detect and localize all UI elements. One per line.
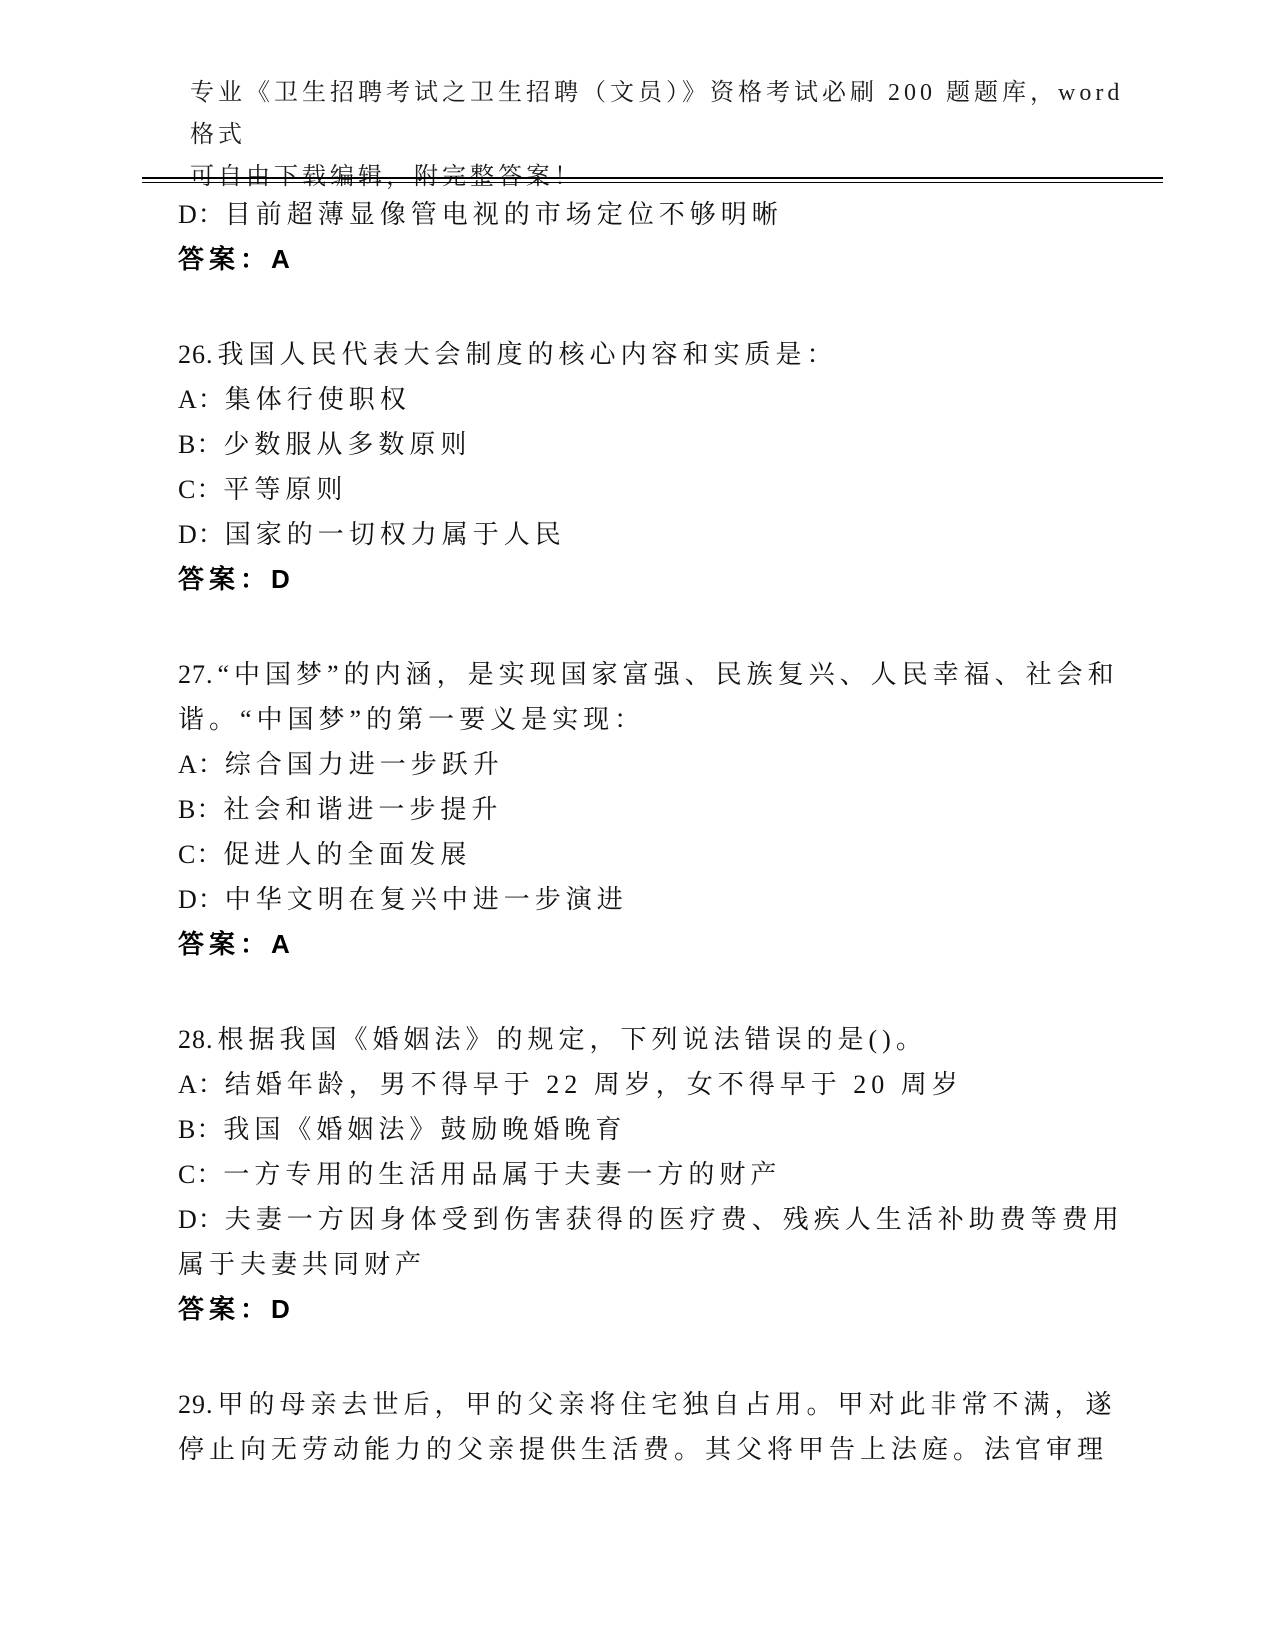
answer-label: 答案：: [178, 1294, 271, 1324]
question-block-carryover: D：目前超薄显像管电视的市场定位不够明晰 答案：A: [178, 192, 1145, 282]
question-block-26: 26.我国人民代表大会制度的核心内容和实质是： A：集体行使职权 B：少数服从多…: [178, 332, 1145, 602]
question-text: 我国人民代表大会制度的核心内容和实质是：: [218, 340, 838, 369]
option-text: 结婚年龄，男不得早于 22 周岁，女不得早于 20 周岁: [225, 1070, 963, 1099]
answer-line: 答案：D: [178, 1287, 1145, 1332]
option-text: 社会和谐进一步提升: [223, 795, 502, 824]
option-text: 我国《婚姻法》鼓励晚婚晚育: [223, 1115, 626, 1144]
question-block-27: 27.“中国梦”的内涵，是实现国家富强、民族复兴、人民幸福、社会和谐。“中国梦”…: [178, 652, 1145, 967]
question-text-line: 29.甲的母亲去世后，甲的父亲将住宅独自占用。甲对此非常不满，遂停止向无劳动能力…: [178, 1382, 1145, 1472]
option-text: 平等原则: [223, 475, 347, 504]
header-title-line-1: 专业《卫生招聘考试之卫生招聘（文员）》资格考试必刷 200 题题库，word 格…: [190, 72, 1155, 156]
option-label: B：: [178, 795, 223, 824]
option-label: A：: [178, 1070, 225, 1099]
option-text: 少数服从多数原则: [223, 430, 471, 459]
option-label: C：: [178, 840, 223, 869]
option-label: D：: [178, 1205, 225, 1234]
question-block-29: 29.甲的母亲去世后，甲的父亲将住宅独自占用。甲对此非常不满，遂停止向无劳动能力…: [178, 1382, 1145, 1472]
option-text: 一方专用的生活用品属于夫妻一方的财产: [223, 1160, 781, 1189]
answer-line: 答案：A: [178, 922, 1145, 967]
option-label: B：: [178, 430, 223, 459]
option-text: 集体行使职权: [225, 385, 411, 414]
option-label: D：: [178, 885, 225, 914]
answer-label: 答案：: [178, 244, 271, 274]
option-line-c: C：平等原则: [178, 467, 1145, 512]
question-number: 27.: [178, 660, 218, 689]
option-line-c: C：促进人的全面发展: [178, 832, 1145, 877]
option-line-b: B：社会和谐进一步提升: [178, 787, 1145, 832]
option-label: C：: [178, 475, 223, 504]
question-text-line: 27.“中国梦”的内涵，是实现国家富强、民族复兴、人民幸福、社会和谐。“中国梦”…: [178, 652, 1145, 742]
option-label: A：: [178, 750, 225, 779]
answer-label: 答案：: [178, 564, 271, 594]
question-text: “中国梦”的内涵，是实现国家富强、民族复兴、人民幸福、社会和谐。“中国梦”的第一…: [178, 660, 1119, 734]
question-text: 根据我国《婚姻法》的规定，下列说法错误的是()。: [218, 1025, 927, 1054]
option-line-b: B：我国《婚姻法》鼓励晚婚晚育: [178, 1107, 1145, 1152]
answer-value: D: [271, 1294, 295, 1324]
question-number: 29.: [178, 1390, 218, 1419]
option-label: B：: [178, 1115, 223, 1144]
question-number: 28.: [178, 1025, 218, 1054]
option-line-a: A：综合国力进一步跃升: [178, 742, 1145, 787]
option-line-d: D：夫妻一方因身体受到伤害获得的医疗费、残疾人生活补助费等费用属于夫妻共同财产: [178, 1197, 1145, 1287]
option-line-d: D：目前超薄显像管电视的市场定位不够明晰: [178, 192, 1145, 237]
question-text-line: 28.根据我国《婚姻法》的规定，下列说法错误的是()。: [178, 1017, 1145, 1062]
answer-line: 答案：A: [178, 237, 1145, 282]
option-line-a: A：结婚年龄，男不得早于 22 周岁，女不得早于 20 周岁: [178, 1062, 1145, 1107]
option-line-d: D：国家的一切权力属于人民: [178, 512, 1145, 557]
option-label: C：: [178, 1160, 223, 1189]
option-line-d: D：中华文明在复兴中进一步演进: [178, 877, 1145, 922]
option-line-a: A：集体行使职权: [178, 377, 1145, 422]
option-label: D：: [178, 200, 225, 229]
option-line-b: B：少数服从多数原则: [178, 422, 1145, 467]
option-text: 国家的一切权力属于人民: [225, 520, 566, 549]
option-text: 中华文明在复兴中进一步演进: [225, 885, 628, 914]
question-block-28: 28.根据我国《婚姻法》的规定，下列说法错误的是()。 A：结婚年龄，男不得早于…: [178, 1017, 1145, 1332]
option-label: A：: [178, 385, 225, 414]
option-label: D：: [178, 520, 225, 549]
question-text-line: 26.我国人民代表大会制度的核心内容和实质是：: [178, 332, 1145, 377]
option-text: 综合国力进一步跃升: [225, 750, 504, 779]
answer-value: D: [271, 564, 295, 594]
answer-label: 答案：: [178, 929, 271, 959]
question-text: 甲的母亲去世后，甲的父亲将住宅独自占用。甲对此非常不满，遂停止向无劳动能力的父亲…: [178, 1390, 1117, 1464]
option-line-c: C：一方专用的生活用品属于夫妻一方的财产: [178, 1152, 1145, 1197]
answer-line: 答案：D: [178, 557, 1145, 602]
document-body: D：目前超薄显像管电视的市场定位不够明晰 答案：A 26.我国人民代表大会制度的…: [0, 186, 1275, 1472]
option-text: 夫妻一方因身体受到伤害获得的医疗费、残疾人生活补助费等费用属于夫妻共同财产: [178, 1205, 1124, 1279]
option-text: 目前超薄显像管电视的市场定位不够明晰: [225, 200, 783, 229]
header-separator-rule: [142, 177, 1163, 183]
answer-value: A: [271, 929, 295, 959]
question-number: 26.: [178, 340, 218, 369]
option-text: 促进人的全面发展: [223, 840, 471, 869]
document-page: 专业《卫生招聘考试之卫生招聘（文员）》资格考试必刷 200 题题库，word 格…: [0, 0, 1275, 1650]
answer-value: A: [271, 244, 295, 274]
